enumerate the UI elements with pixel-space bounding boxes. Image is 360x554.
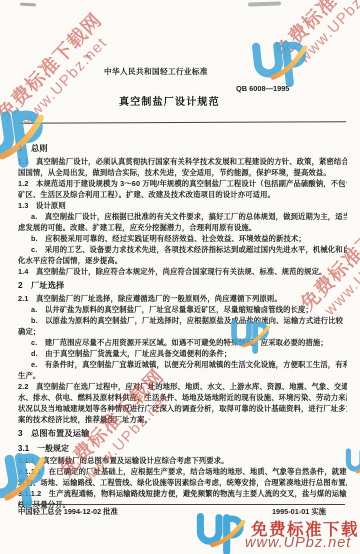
scan-smudge (248, 1, 281, 6)
document-line: 1.4 真空制盐厂设计，除应符合本规定外，尚应符合国家现行有关法规、标准、规范的… (18, 266, 347, 277)
document-line: d. 由于真空制盐厂货流量大，厂址应具备交通便利的条件； (18, 348, 347, 359)
document-line: 筑物、场地、运输路线、工程管线、绿化设施等因素综合考虑，统筹安排，合理紧凑地进行… (18, 477, 347, 488)
document-line: b. 应积极采用可靠的、经过实践证明有经济效益、社会效益、环境效益的新技术； (18, 233, 347, 244)
document-line: 矿区、生活区及综合利用工程）。扩建、改建及技术改造项目的设计亦可适用。 (18, 189, 347, 200)
header-rule (18, 121, 346, 123)
watermark-site-name: 免费标准下载网 (0, 3, 111, 130)
scan-smudge (20, 3, 36, 7)
standard-org-line: 中华人民共和国轻工行业标准 (104, 66, 208, 77)
document-line: 3.1.1.1 在已确定的厂址基础上，应根据生产要求，结合场地的地形、地质、气象… (18, 466, 347, 477)
document-line: 1.1 真空制盐厂设计，必须认真贯彻执行国家有关科学技术发展和工程建设的方针、政… (18, 156, 347, 167)
document-line: 2.2 真空制盐厂在选厂过程中，应对厂址的地形、地质、水文、上游水库、资源、地震… (18, 381, 347, 392)
document-line: 化水平应符合国情，逐步提高。 (18, 255, 347, 266)
document-line: 虑发展的可能。改建、扩建工程，应充分挖掘潜力，合理利用原有设施。 (18, 222, 347, 233)
document-line: c. 建厂范围应尽量不占用资源开采区域。如遇不可避免的特殊情况，应采取必要的措施… (18, 337, 347, 348)
scanned-standard-page: 中华人民共和国轻工行业标准 QB 6008—1995 真空制盐厂设计规范 1 总… (0, 0, 360, 554)
document-line: 1.3 设计原则 (18, 200, 347, 211)
watermark-diagonal: 免费标准下载网 www.UPbz.net (264, 0, 360, 79)
approval-note: 中国轻工总会 1994-12-02 批准 (18, 507, 118, 517)
document-line: b. 以原盐为原料的真空制盐厂，厂址选择时，应根据原盐及成品盐的流向、运输方式进… (18, 315, 347, 326)
document-line: e. 有条件时，真空制盐厂宜靠近城镇，以便充分利用城镇的生活文化设施，方便职工生… (18, 359, 347, 370)
document-line: 3.1 一般规定 (18, 441, 347, 455)
document-line: 2.1 真空制盐厂的厂址选择，除应遵循选厂的一般原则外，尚应遵循下列原则。 (18, 293, 347, 304)
watermark-site-name: 免费标准下载网 (264, 0, 360, 67)
document-line: 生产。 (18, 370, 347, 381)
footer-rule (18, 504, 345, 505)
document-line: a. 以井矿盐为原料的真空制盐厂，厂址宜尽量靠近矿区，尽量缩短输卤管线的长度； (18, 304, 347, 315)
document-line: 确定； (18, 326, 347, 337)
footer-watermark-brand: 免费标准下载网 www.UPbz.net (183, 508, 360, 554)
watermark-site-url: www.UPbz.net (245, 535, 351, 551)
document-line: 3 总图布置及运输 (18, 425, 347, 441)
page-title: 真空制盐厂设计规范 (119, 93, 220, 108)
document-line: 2 厂址选择 (18, 277, 347, 293)
document-line: 案的技术经济比较，推荐最佳厂址方案。 (18, 414, 347, 425)
document-line: 3.1.1.2 生产流程通畅，物料运输路线短捷方便，避免频繁的物流与主要人流的交… (18, 488, 347, 499)
watermark-site-url: www.UPbz.net (283, 0, 360, 79)
scan-smudge (83, 55, 91, 58)
document-line: 状况以及当地城建规划等各种情况进行广泛深入的调查分析，取得可靠的设计基础资料，进… (18, 403, 347, 414)
document-line: 1 总则 (18, 140, 347, 156)
standard-number: QB 6008—1995 (236, 84, 289, 93)
document-line: 1.2 本规范适用于建设规模为 3～60 万吨/年规模的真空制盐厂工程设计（包括… (18, 178, 347, 189)
document-line: 国国情，从全局出发，做到结合实际，技术先进，安全适用，节约能源，保护环境，提高效… (18, 167, 347, 178)
document-line: 3.1.1 真空制盐厂的总图布置及运输设计应综合考虑下列要求。 (18, 455, 347, 466)
document-line: a. 真空制盐厂设计，应根据已批准的有关文件要求，搞好工厂的总体规划，做到近期为… (18, 211, 347, 222)
document-line: c. 采用的工艺、设备要力求技术先进，各项技术经济指标达到或超过国内先进水平，机… (18, 244, 347, 255)
document-body: 1 总则1.1 真空制盐厂设计，必须认真贯彻执行国家有关科学技术发展和工程建设的… (18, 140, 347, 510)
document-line: 水、排水、供电、燃料及原材料供应、生活条件、场地及场地附近的现有设施、环境污染、… (18, 392, 347, 403)
